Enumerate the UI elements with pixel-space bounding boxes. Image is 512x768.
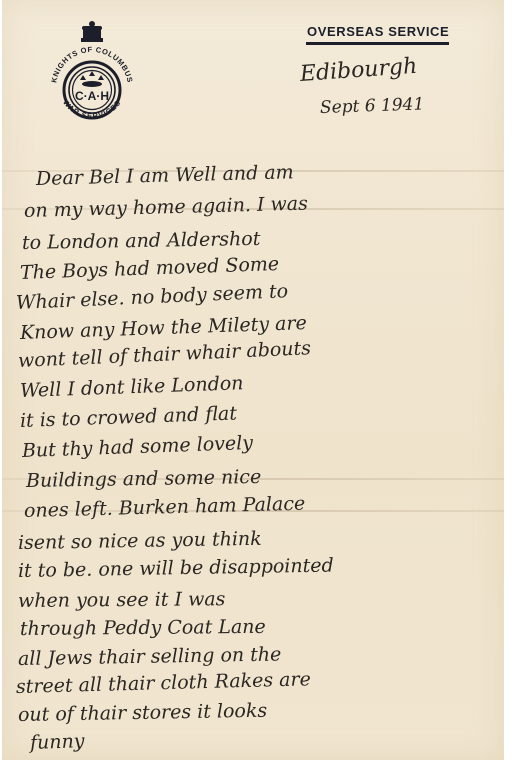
title-underline [306,42,449,45]
letter-line: out of thair stores it looks [18,700,268,726]
letter-place: Edibourgh [299,54,418,87]
letter-date: Sept 6 1941 [320,94,425,118]
letter-line: on my way home again. I was [24,193,308,222]
letter-line: But thy had some lovely [22,432,254,462]
letter-line: when you see it I was [18,588,226,612]
letter-line: it is to crowed and flat [20,402,238,432]
letter-line: street all thair cloth Rakes are [16,668,311,698]
letter-page: C·A·H KNIGHTS OF COLUMBUS WAR SERVICES O… [2,0,504,760]
svg-text:KNIGHTS OF COLUMBUS: KNIGHTS OF COLUMBUS [49,45,134,84]
letter-line: Dear Bel I am Well and am [36,161,294,190]
beaver-icon [82,81,102,87]
svg-text:C·A·H: C·A·H [75,89,109,103]
letter-line: isent so nice as you think [18,528,262,554]
letter-line: ones left. Burken ham Palace [24,493,306,522]
letter-line: it to be. one will be disappointed [18,554,334,582]
letter-line: through Peddy Coat Lane [20,616,266,640]
letter-line: all Jews thair selling on the [18,643,282,670]
letter-line: Well I dont like London [20,372,244,402]
letter-line: Buildings and some nice [26,466,262,492]
letter-line: The Boys had moved Some [20,253,280,284]
letter-line: Whair else. no body seem to [16,280,289,314]
knights-of-columbus-emblem: C·A·H KNIGHTS OF COLUMBUS WAR SERVICES [44,18,140,136]
letter-line: to London and Aldershot [22,228,261,254]
letter-line: funny [30,730,85,754]
letterhead-title: OVERSEAS SERVICE [307,24,449,39]
crown-icon [81,21,103,42]
